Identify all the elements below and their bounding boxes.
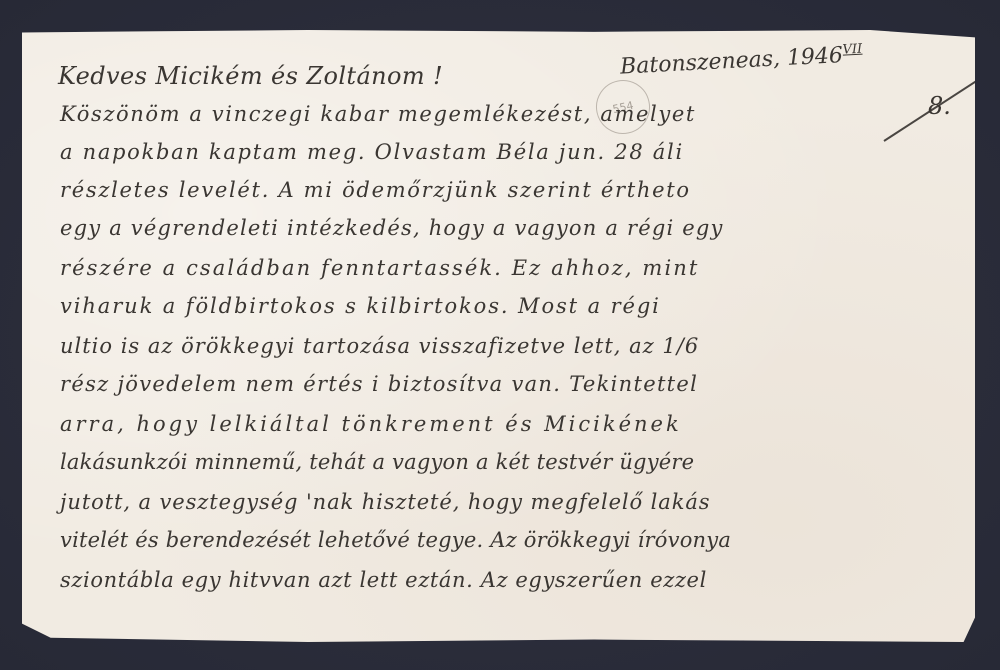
letter-line: jutott, a vesztegység 'nak hiszteté, hog… [60, 490, 710, 514]
place-name: Batonszeneas, [620, 46, 781, 79]
letter-line: a napokban kaptam meg. Olvastam Béla jun… [60, 140, 684, 164]
letter-line: egy a végrendeleti intézkedés, hogy a va… [60, 216, 724, 240]
letter-line: viharuk a földbirtokos s kilbirtokos. Mo… [60, 294, 661, 318]
letter-line: részére a családban fenntartassék. Ez ah… [60, 256, 699, 280]
letter-paper: 554 Batonszeneas, 1946VII 8. Kedves Mici… [22, 30, 975, 642]
date-day: 8. [928, 92, 951, 120]
letter-line: lakásunkzói minnemű, tehát a vagyon a ké… [60, 450, 694, 474]
letter-line: részletes levelét. A mi ödemőrzjünk szer… [60, 178, 691, 202]
letter-line: Köszönöm a vinczegi kabar megemlékezést,… [60, 102, 696, 126]
place-and-date: Batonszeneas, 1946VII [620, 42, 864, 80]
salutation: Kedves Micikém és Zoltánom ! [58, 62, 443, 90]
date-month: VII [842, 42, 862, 58]
letter-line: rész jövedelem nem értés i biztosítva va… [60, 372, 698, 396]
letter-line: sziontábla egy hitvvan azt lett eztán. A… [60, 568, 707, 592]
letter-line: arra, hogy lelkiáltal tönkrement és Mici… [60, 412, 682, 436]
date-year: 1946 [786, 43, 843, 71]
letter-line: ultio is az örökkegyi tartozása visszafi… [60, 334, 699, 358]
letter-line: vitelét és berendezését lehetővé tegye. … [60, 528, 731, 552]
